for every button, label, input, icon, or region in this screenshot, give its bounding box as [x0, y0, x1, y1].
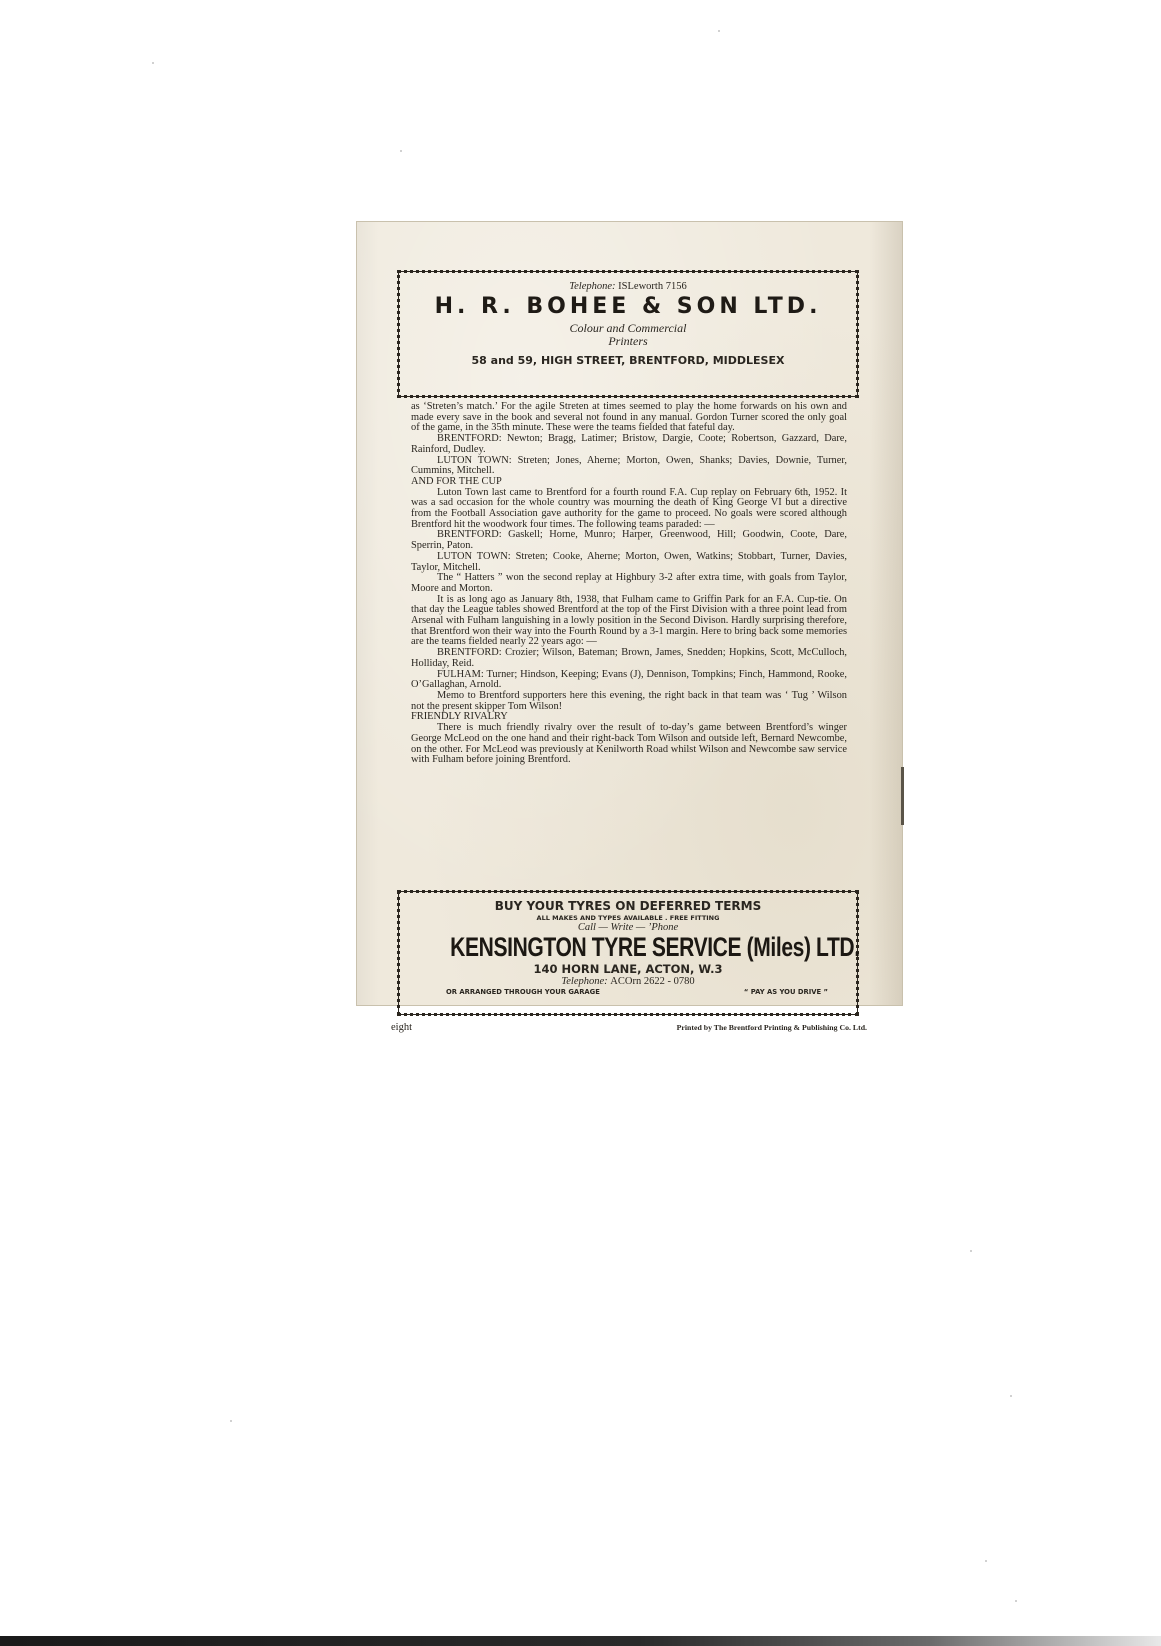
article-paragraph: Luton Town last came to Brentford for a …: [411, 488, 847, 531]
tyre-address: 140 HORN LANE, ACTON, W.3: [400, 962, 856, 976]
printer-credit: Printed by The Brentford Printing & Publ…: [677, 1023, 867, 1032]
programme-page: Telephone: ISLeworth 7156 H. R. BOHEE & …: [357, 222, 902, 1005]
staple-edge: [901, 767, 904, 825]
printer-telephone: Telephone: ISLeworth 7156: [400, 281, 856, 292]
scan-speck: [1015, 1600, 1017, 1602]
scan-speck: [985, 1560, 987, 1562]
article-paragraph: BRENTFORD: Gaskell; Horne, Munro; Harper…: [411, 530, 847, 551]
printer-tagline: Colour and Commercial Printers: [400, 322, 856, 348]
page-number: eight: [391, 1022, 412, 1033]
article-paragraph: as ‘Streten’s match.’ For the agile Stre…: [411, 402, 847, 434]
article-paragraph: BRENTFORD: Crozier; Wilson, Bateman; Bro…: [411, 648, 847, 669]
scan-speck: [1010, 1395, 1012, 1397]
article-paragraph: The “ Hatters ” won the second replay at…: [411, 573, 847, 594]
article-body: as ‘Streten’s match.’ For the agile Stre…: [411, 402, 847, 766]
article-paragraph: BRENTFORD: Newton; Bragg, Latimer; Brist…: [411, 434, 847, 455]
scan-speck: [970, 1250, 972, 1252]
tyre-telephone: Telephone: ACOrn 2622 - 0780: [400, 976, 856, 987]
scan-speck: [400, 150, 402, 152]
printer-address: 58 and 59, HIGH STREET, BRENTFORD, MIDDL…: [400, 354, 856, 367]
scan-speck: [718, 30, 720, 32]
tyre-slogan: “ PAY AS YOU DRIVE ”: [744, 988, 828, 996]
scan-speck: [230, 1420, 232, 1422]
tyre-company-name: KENSINGTON TYRE SERVICE (Miles) LTD.: [450, 933, 806, 961]
article-paragraph: FULHAM: Turner; Hindson, Keeping; Evans …: [411, 670, 847, 691]
tyre-advertisement: BUY YOUR TYRES ON DEFERRED TERMS ALL MAK…: [397, 890, 859, 1016]
article-paragraph: There is much friendly rivalry over the …: [411, 723, 847, 766]
page-footer: eight Printed by The Brentford Printing …: [391, 1022, 867, 1033]
tyre-footer: OR ARRANGED THROUGH YOUR GARAGE “ PAY AS…: [400, 988, 856, 996]
tyre-headline: BUY YOUR TYRES ON DEFERRED TERMS: [400, 899, 856, 913]
article-paragraph: Memo to Brentford supporters here this e…: [411, 691, 847, 712]
tyre-makes-line: ALL MAKES AND TYPES AVAILABLE . FREE FIT…: [400, 914, 856, 922]
article-paragraph: It is as long ago as January 8th, 1938, …: [411, 595, 847, 649]
tyre-garage-note: OR ARRANGED THROUGH YOUR GARAGE: [446, 988, 600, 996]
scan-speck: [152, 62, 154, 64]
printer-company-name: H. R. BOHEE & SON LTD.: [400, 294, 856, 319]
article-paragraph: LUTON TOWN: Streten; Jones, Aherne; Mort…: [411, 456, 847, 477]
printer-advertisement: Telephone: ISLeworth 7156 H. R. BOHEE & …: [397, 270, 859, 398]
article-paragraph: LUTON TOWN: Streten; Cooke, Aherne; Mort…: [411, 552, 847, 573]
scan-edge-band: [0, 1636, 1161, 1646]
